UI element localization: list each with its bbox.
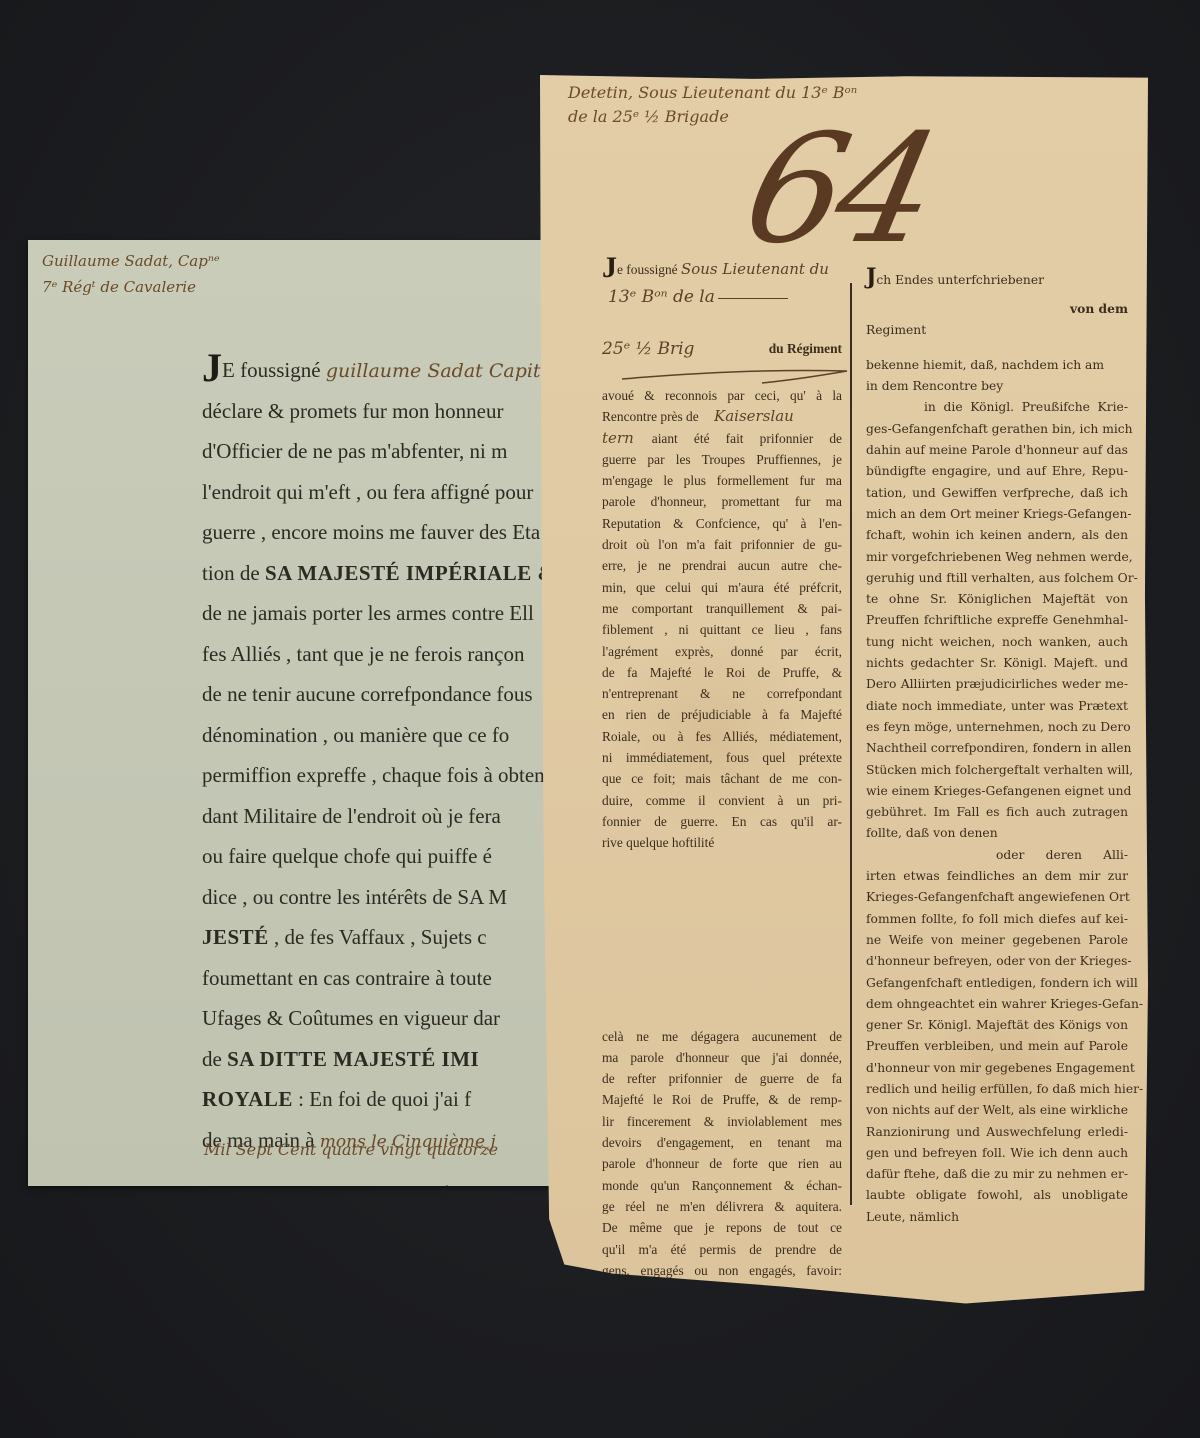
- text-line: fiblement , ni quittant ce lieu , fans: [602, 619, 842, 640]
- body-line: tion de SA MAJESTÉ IMPÉRIALE &: [202, 553, 568, 594]
- text-line: qu'il m'a été permis de prendre de: [602, 1239, 842, 1260]
- text-line: Majefté le Roi de Pruffe, & de remp-: [602, 1089, 842, 1110]
- text-line: min, que celui qui m'aura été préfcrit,: [602, 577, 842, 598]
- text-line: d'honneur befreyen, oder von der Krieges…: [866, 951, 1128, 972]
- annotation-line-1: Guillaume Sadat, Capⁿᵉ: [42, 248, 220, 274]
- text-line: monde qu'un Rançonnement & échan-: [602, 1175, 842, 1196]
- text-line: ma parole d'honneur que j'ai donnée,: [602, 1047, 842, 1068]
- text-line: lir fincerement & inviolablement mes: [602, 1111, 842, 1132]
- header-line: Je foussigné Sous Lieutenant du: [602, 255, 842, 283]
- text-line: erre, je ne prendrai aucun autre che-: [602, 555, 842, 576]
- text-line: bekenne hiemit, daß, nachdem ich am: [866, 355, 1128, 376]
- signature: guillaume Sadat Capitaine du 7me Régi: [122, 1184, 465, 1186]
- left-document-parole-sheet: Guillaume Sadat, Capⁿᵉ 7ᵉ Régᵗ de Cavale…: [28, 240, 568, 1186]
- text-line: Stücken mich folchergeftalt verhalten wi…: [866, 760, 1128, 781]
- body-line: fes Alliés , tant que je ne ferois ranço…: [202, 634, 568, 675]
- annotation-line-2: 7ᵉ Régᵗ de Cavalerie: [42, 274, 220, 300]
- text-line: duire, comme il convient à un pri-: [602, 790, 842, 811]
- body-line: guerre , encore moins me fauver des Eta: [202, 512, 568, 553]
- text-line: Nachtheil correfpondiren, fondern in all…: [866, 738, 1128, 759]
- drop-cap: J: [866, 264, 876, 290]
- text-line: De même que je repons de tout ce: [602, 1217, 842, 1238]
- annotation-line-1: Detetin, Sous Lieutenant du 13ᵉ Bᵒⁿ: [568, 81, 857, 105]
- body-line: dant Militaire de l'endroit où je fera: [202, 796, 568, 837]
- text-line: m'engage le plus formellement fur ma: [602, 470, 842, 491]
- text-line: ternaiant été fait prifonnier de: [602, 428, 842, 449]
- text-line: Reputation & Confcience, qu' à l'en-: [602, 513, 842, 534]
- body-line: ROYALE : En foi de quoi j'ai f: [202, 1079, 568, 1120]
- text-line: guerre par les Troupes Pruffiennes, je: [602, 449, 842, 470]
- text-line: devoirs d'engagement, en tenant ma: [602, 1132, 842, 1153]
- text-line: von nichts auf der Welt, als eine wirkli…: [866, 1100, 1128, 1121]
- german-column: Jch Endes unterfchriebener von dem Regim…: [866, 267, 1128, 1228]
- left-handwritten-annotation: Guillaume Sadat, Capⁿᵉ 7ᵉ Régᵗ de Cavale…: [42, 248, 220, 300]
- text-line: n'entreprenant & ne correfpondant: [602, 683, 842, 704]
- text-line: redlich und heilig erfüllen, fo daß mich…: [866, 1079, 1128, 1100]
- text-line: l'agrément exprès, donné par écrit,: [602, 641, 842, 662]
- text-line: diate noch immediate, unter was Prætext: [866, 696, 1128, 717]
- body-line: l'endroit qui m'eft , ou fera affigné po…: [202, 472, 568, 513]
- text-line: Krieges-Gefangenfchaft angewiefenen Ort: [866, 887, 1128, 908]
- text-line: ge réel ne m'en délivrera & aquitera.: [602, 1196, 842, 1217]
- text-line: laubte obligate fowohl, als unobligate: [866, 1185, 1128, 1206]
- text-line: Preuffen verbleiben, und mein auf Parole: [866, 1036, 1128, 1057]
- left-printed-body: JE foussigné guillaume Sadat Capitaine d…: [202, 350, 568, 1160]
- body-line: de ne tenir aucune correfpondance fous: [202, 674, 568, 715]
- text-line: te ohne Sr. Königlichen Majeftät von: [866, 589, 1128, 610]
- text-line: gebühret. Im Fall es fich auch zutragen: [866, 802, 1128, 823]
- text-line: bündigfte engagire, und auf Ehre, Repu-: [866, 461, 1128, 482]
- body-line: foumettant en cas contraire à toute: [202, 958, 568, 999]
- text-line: Preuffen fchriftliche expreffe Genehmhal…: [866, 610, 1128, 631]
- text-line: d'honneur von mir gegebenes Engagement: [866, 1058, 1128, 1079]
- blank-gap: [602, 854, 842, 1026]
- text-line: Leute, nämlich: [866, 1207, 1128, 1228]
- text-line: wie einem Krieges-Gefangenen eignet und: [866, 781, 1128, 802]
- text-line: ges-Gefangenfchaft gerathen bin, ich mic…: [866, 419, 1128, 440]
- text-line: mir vorgefchriebenen Weg nehmen werde,: [866, 547, 1128, 568]
- handwritten-place-2: tern: [602, 429, 634, 447]
- text-line: Roiale, ou à fes Alliés, médiatement,: [602, 726, 842, 747]
- text-line: droit où l'on m'a fait prifonnier de gu-: [602, 534, 842, 555]
- text-line: gen und befreyen foll. Wie ich denn auch: [866, 1143, 1128, 1164]
- text-line: ni immédiatement, fous quel prétexte: [602, 747, 842, 768]
- header-line: 25ᵉ ½ Brig du Régiment: [602, 335, 842, 363]
- body-line: ou faire quelque chofe qui puiffe é: [202, 836, 568, 877]
- header-line: 13ᵉ Bᵒⁿ de la: [602, 283, 842, 311]
- text-line: gener Sr. Königl. Majeftät des Königs vo…: [866, 1015, 1128, 1036]
- text-line: de fa Majefté le Roi de Pruffe, &: [602, 662, 842, 683]
- text-line: irten etwas feindliches an dem mir zur: [866, 866, 1128, 887]
- text-line: parole d'honneur de forte que rien au: [602, 1153, 842, 1174]
- right-document-bilingual-parole: Detetin, Sous Lieutenant du 13ᵉ Bᵒⁿ de l…: [540, 75, 1148, 1375]
- text-line: Gefangenfchaft entledigen, fondern ich w…: [866, 973, 1128, 994]
- text-line: es feyn möge, unternehmen, noch zu Dero: [866, 717, 1128, 738]
- text-line: Dero Alliirten præjudicirliches weder me…: [866, 674, 1128, 695]
- body-line: d'Officier de ne pas m'abfenter, ni m: [202, 431, 568, 472]
- text-line: follte, daß von denen: [866, 823, 1128, 844]
- blank-rule: [718, 298, 788, 299]
- drop-cap: J: [602, 251, 617, 284]
- text-line: dem ohngeachtet ein wahrer Krieges-Gefan…: [866, 994, 1128, 1015]
- text-line: tation, und Gewiffen verfpreche, daß ich: [866, 483, 1128, 504]
- handwritten-year: Mil Sept Cent quatre vingt quatorze: [204, 1140, 498, 1159]
- column-divider: [850, 283, 852, 1205]
- body-line: permiffion expreffe , chaque fois à obte…: [202, 755, 568, 796]
- text-line: avoué & reconnois par ceci, qu' à la: [602, 385, 842, 406]
- regiment-label: Regiment: [866, 320, 1128, 341]
- text-line: geruhig und ftill verhalten, aus folchem…: [866, 568, 1128, 589]
- body-line: JE foussigné guillaume Sadat Capitaine: [202, 350, 568, 391]
- body-line: JESTÉ , de fes Vaffaux , Sujets c: [202, 917, 568, 958]
- folio-number: 64: [734, 115, 945, 265]
- text-line: que ce foit; mais tâchant de me con-: [602, 768, 842, 789]
- von-dem-label: von dem: [866, 298, 1128, 319]
- body-line: Ufages & Coûtumes en vigueur dar: [202, 998, 568, 1039]
- text-line: mich an dem Ort meiner Kriegs-Gefangen-: [866, 504, 1128, 525]
- text-line: in dem Rencontre bey: [866, 376, 1128, 397]
- german-header: Jch Endes unterfchriebener: [866, 267, 1128, 288]
- handwritten-name: guillaume Sadat Capitaine: [326, 360, 568, 382]
- text-line: dafür ftehe, daß die zu mir zu nehmen er…: [866, 1164, 1128, 1185]
- text-line: celà ne me dégagera aucunement de: [602, 1026, 842, 1047]
- pen-flourish: [602, 363, 842, 385]
- body-line: dénomination , ou manière que ce fo: [202, 715, 568, 756]
- handwritten-place: Kaiserslau: [714, 407, 794, 425]
- body-line: dice , ou contre les intérêts de SA M: [202, 877, 568, 918]
- text-line: fchaft, wohin ich keinen andern, als den: [866, 525, 1128, 546]
- french-column: Je foussigné Sous Lieutenant du 13ᵉ Bᵒⁿ …: [602, 255, 842, 1281]
- body-line: de ne jamais porter les armes contre Ell: [202, 593, 568, 634]
- text-line: en rien de préjudiciable à fa Majefté: [602, 704, 842, 725]
- body-line: de SA DITTE MAJESTÉ IMI: [202, 1039, 568, 1080]
- text-line: fonnier de guerre. En cas qu'il ar-: [602, 811, 842, 832]
- text-line: ne Weife von meiner gegebenen Parole: [866, 930, 1128, 951]
- text-line: Ranzionirung und Auswechfelung erledi-: [866, 1122, 1128, 1143]
- text-line: gens, engagés ou non engagés, favoir:: [602, 1260, 842, 1281]
- text-line: Rencontre près de Kaiserslau: [602, 406, 842, 427]
- text-line: parole d'honneur, promettant fur ma: [602, 491, 842, 512]
- text-line: me comportant tranquillement & pai-: [602, 598, 842, 619]
- text-line: tung nicht weichen, noch wanken, auch: [866, 632, 1128, 653]
- drop-cap: J: [202, 345, 222, 390]
- text-line: oder deren Alli-: [866, 845, 1128, 866]
- text-line: in die Königl. Preußifche Krie-: [866, 397, 1128, 418]
- text-line: rive quelque hoftilité: [602, 832, 842, 853]
- text-line: fommen follte, fo foll mich diefes auf k…: [866, 909, 1128, 930]
- text-line: nichts gedachter Sr. Königl. Majeft. und: [866, 653, 1128, 674]
- body-line: déclare & promets fur mon honneur: [202, 391, 568, 432]
- text-line: dahin auf meine Parole d'honneur auf das: [866, 440, 1128, 461]
- text-line: de refter prifonnier de guerre de fa: [602, 1068, 842, 1089]
